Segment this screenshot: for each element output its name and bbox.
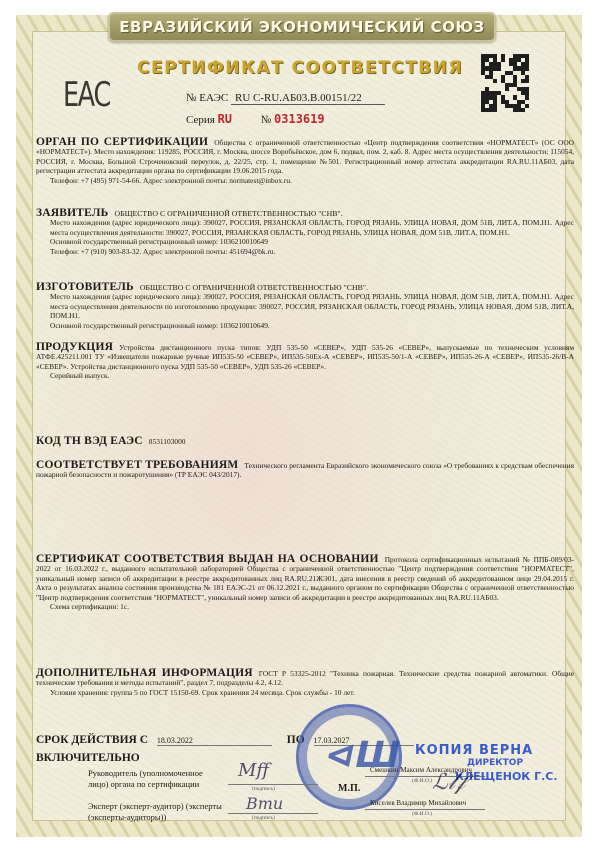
copy-stamp-line2: ДИРЕКТОР (467, 757, 558, 770)
union-banner: ЕВРАЗИЙСКИЙ ЭКОНОМИЧЕСКИЙ СОЮЗ (108, 12, 496, 42)
seal-place-label: М.П. (338, 783, 360, 794)
expert-role-label: Эксперт (эксперт-аудитор) (эксперты (экс… (88, 801, 238, 823)
manufacturer-heading: ИЗГОТОВИТЕЛЬ (36, 281, 134, 293)
validity-from-date: 18.03.2022 (157, 736, 272, 746)
certification-body-heading: ОРГАН ПО СЕРТИФИКАЦИИ (36, 136, 208, 148)
validity-from-label: СРОК ДЕЙСТВИЯ С (36, 734, 148, 746)
manufacturer-section: ИЗГОТОВИТЕЛЬОБЩЕСТВО С ОГРАНИЧЕННОЙ ОТВЕ… (36, 283, 574, 330)
applicant-section: ЗАЯВИТЕЛЬОБЩЕСТВО С ОГРАНИЧЕННОЙ ОТВЕТСТ… (36, 209, 574, 256)
expert-signature: Bmu (246, 794, 283, 813)
basis-heading: СЕРТИФИКАТ СООТВЕТСТВИЯ ВЫДАН НА ОСНОВАН… (36, 553, 379, 565)
head-signature: Mff (238, 760, 269, 781)
expert-name: Киселев Владимир Михайлович (370, 799, 466, 807)
hs-code-section: КОД ТН ВЭД ЕАЭС8531103000 (36, 437, 574, 446)
certification-body-contacts: Телефон: +7 (495) 971-54-66. Адрес элект… (36, 176, 574, 185)
hs-code-heading: КОД ТН ВЭД ЕАЭС (36, 435, 143, 447)
compliance-heading: СООТВЕТСТВУЕТ ТРЕБОВАНИЯМ (36, 459, 238, 471)
eac-mark-icon: ЕАС (63, 75, 110, 115)
qr-code-icon (481, 54, 529, 112)
series-label: Серия (186, 114, 215, 126)
series-value: RU (218, 112, 232, 126)
copy-stamp-line1: КОПИЯ ВЕРНА (415, 744, 558, 757)
expert-signature-sublabel: (подпись) (252, 815, 275, 821)
basis-section: СЕРТИФИКАТ СООТВЕТСТВИЯ ВЫДАН НА ОСНОВАН… (36, 555, 574, 611)
certificate-number-label: № ЕАЭС (186, 92, 228, 104)
manufacturer-ogrn: Основной государственный регистрационный… (36, 321, 574, 330)
copy-stamp-line3: КЛЕЩЕНОК Г.С. (455, 770, 558, 783)
hs-code-value: 8531103000 (149, 437, 186, 446)
basis-scheme: Схема сертификации: 1с. (36, 602, 574, 611)
expert-signature-line (228, 813, 318, 814)
compliance-section: СООТВЕТСТВУЕТ ТРЕБОВАНИЯМТехнического ре… (36, 461, 574, 480)
manufacturer-address: Место нахождения (адрес юридического лиц… (36, 292, 574, 320)
head-signature-sublabel: (подпись) (252, 786, 275, 792)
certificate-number-value: RU С-RU.АБ03.В.00151/22 (231, 92, 385, 105)
applicant-address: Место нахождения (адрес юридического лиц… (36, 218, 574, 237)
head-signature-line (228, 784, 318, 785)
products-release: Серийный выпуск. (36, 371, 574, 380)
director-signature: ℒ𝓁𝒻 (432, 770, 465, 795)
blank-number-value: 0313619 (274, 112, 325, 126)
head-role-label: Руководитель (уполномоченное лицо) орган… (88, 768, 218, 790)
additional-info-section: ДОПОЛНИТЕЛЬНАЯ ИНФОРМАЦИЯГОСТ Р 53325-20… (36, 669, 574, 697)
manufacturer-name: ОБЩЕСТВО С ОГРАНИЧЕННОЙ ОТВЕТСТВЕННОСТЬЮ… (140, 283, 368, 292)
expert-name-line (365, 809, 485, 810)
products-heading: ПРОДУКЦИЯ (36, 341, 113, 353)
union-banner-text: ЕВРАЗИЙСКИЙ ЭКОНОМИЧЕСКИЙ СОЮЗ (119, 18, 484, 36)
products-text: Устройства дистанционного пуска типов: У… (36, 343, 574, 371)
certification-body-section: ОРГАН ПО СЕРТИФИКАЦИИОбщества с ограниче… (36, 138, 574, 185)
applicant-contacts: Телефон: +7 (910) 903-83-32. Адрес элект… (36, 247, 574, 256)
applicant-ogrn: Основной государственный регистрационный… (36, 237, 574, 246)
certificate-number: № ЕАЭС RU С-RU.АБ03.В.00151/22 (186, 92, 385, 105)
expert-name-sublabel: (Ф.И.О.) (412, 811, 432, 817)
products-section: ПРОДУКЦИЯУстройства дистанционного пуска… (36, 343, 574, 381)
applicant-heading: ЗАЯВИТЕЛЬ (36, 207, 108, 219)
blank-number-label: № (261, 114, 272, 126)
validity-inclusive-label: ВКЛЮЧИТЕЛЬНО (36, 752, 140, 764)
series-row: Серия RU № 0313619 (186, 112, 325, 126)
additional-info-heading: ДОПОЛНИТЕЛЬНАЯ ИНФОРМАЦИЯ (36, 667, 253, 679)
certification-body-seal: ⊲Ш (296, 704, 402, 810)
additional-info-storage: Условия хранения: группа 5 по ГОСТ 15150… (36, 688, 574, 697)
applicant-name: ОБЩЕСТВО С ОГРАНИЧЕННОЙ ОТВЕТСТВЕННОСТЬЮ… (114, 209, 342, 218)
